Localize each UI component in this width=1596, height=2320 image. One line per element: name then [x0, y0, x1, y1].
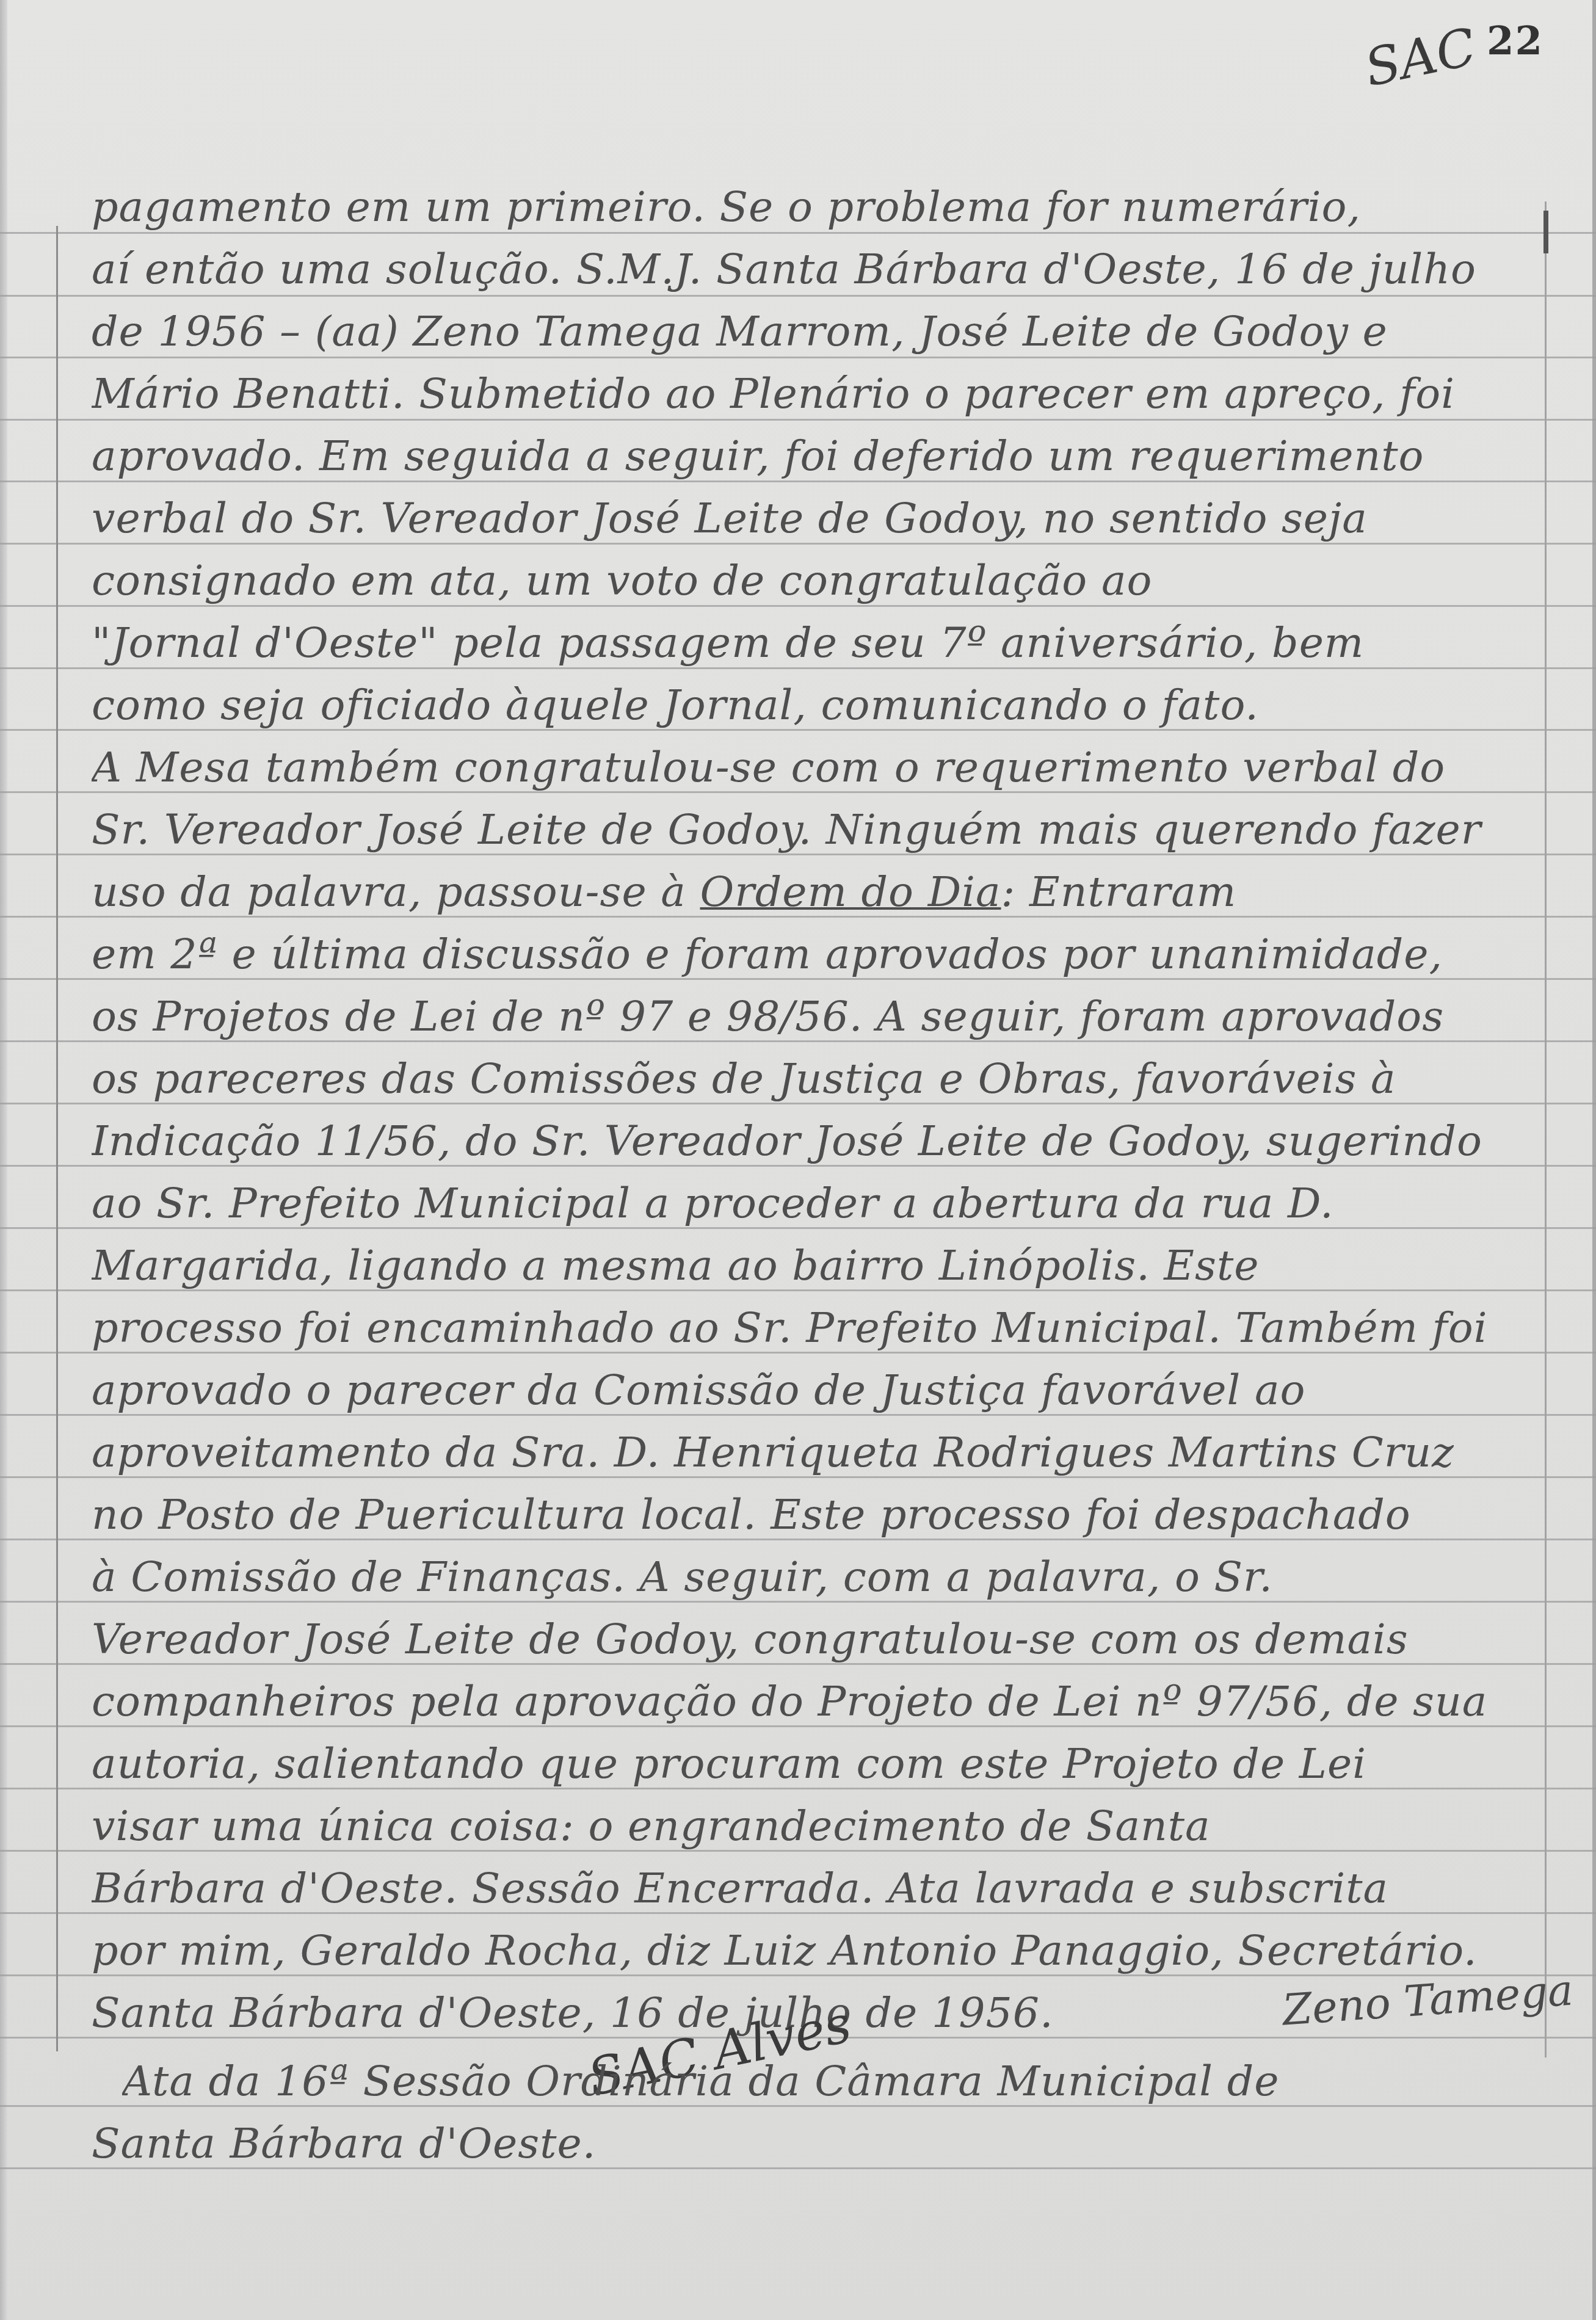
text-line: Indicação 11/56, do Sr. Vereador José Le… — [92, 1117, 1539, 1166]
text-line: como seja oficiado àquele Jornal, comuni… — [92, 681, 1539, 730]
text-line: uso da palavra, passou-se à Ordem do Dia… — [92, 868, 1539, 917]
text-line: ao Sr. Prefeito Municipal a proceder a a… — [92, 1180, 1539, 1228]
text-line: Sr. Vereador José Leite de Godoy. Ningué… — [92, 806, 1539, 855]
text-line: Mário Benatti. Submetido ao Plenário o p… — [92, 370, 1539, 419]
text-line: aprovado o parecer da Comissão de Justiç… — [92, 1366, 1539, 1415]
text-line: verbal do Sr. Vereador José Leite de God… — [92, 495, 1539, 543]
text-line: no Posto de Puericultura local. Este pro… — [92, 1491, 1539, 1540]
page-number: 22 — [1487, 18, 1543, 64]
ruled-line — [0, 232, 1596, 234]
document-page: 22 SAC pagamento em um primeiro. Se o pr… — [0, 0, 1596, 2320]
text-line: aproveitamento da Sra. D. Henriqueta Rod… — [92, 1429, 1539, 1477]
underlined-ordem-do-dia: Ordem do Dia — [700, 868, 1001, 916]
text-line: autoria, salientando que procuram com es… — [92, 1740, 1539, 1789]
left-margin-line — [56, 226, 58, 2051]
text-line: aí então uma solução. S.M.J. Santa Bárba… — [92, 245, 1539, 294]
right-margin-line — [1545, 201, 1547, 2057]
next-minutes-heading-line1: Ata da 16ª Sessão Ordinária da Câmara Mu… — [122, 2057, 1569, 2106]
text-line: em 2ª e última discussão e foram aprovad… — [92, 930, 1539, 979]
text-line: os pareceres das Comissões de Justiça e … — [92, 1055, 1539, 1104]
text-line: pagamento em um primeiro. Se o problema … — [92, 183, 1539, 232]
text-line: por mim, Geraldo Rocha, diz Luiz Antonio… — [92, 1927, 1539, 1976]
text-line: visar uma única coisa: o engrandecimento… — [92, 1802, 1539, 1851]
text-line: A Mesa também congratulou-se com o reque… — [92, 744, 1539, 792]
text-line: companheiros pela aprovação do Projeto d… — [92, 1678, 1539, 1727]
margin-tick-mark — [1543, 211, 1548, 253]
text-line: Bárbara d'Oeste. Sessão Encerrada. Ata l… — [92, 1865, 1539, 1913]
text-line: de 1956 – (aa) Zeno Tamega Marrom, José … — [92, 308, 1539, 357]
text-line: consignado em ata, um voto de congratula… — [92, 557, 1539, 606]
text-line: aprovado. Em seguida a seguir, foi defer… — [92, 432, 1539, 481]
ruled-line — [0, 295, 1596, 297]
next-minutes-heading-line2: Santa Bárbara d'Oeste. — [92, 2120, 1539, 2169]
text-line: Margarida, ligando a mesma ao bairro Lin… — [92, 1242, 1539, 1291]
text-line: processo foi encaminhado ao Sr. Prefeito… — [92, 1304, 1539, 1353]
text-line: Vereador José Leite de Godoy, congratulo… — [92, 1615, 1539, 1664]
text-line: à Comissão de Finanças. A seguir, com a … — [92, 1553, 1539, 1602]
text-line: os Projetos de Lei de nº 97 e 98/56. A s… — [92, 993, 1539, 1042]
initials-signature-top: SAC — [1360, 16, 1481, 98]
text-line: "Jornal d'Oeste" pela passagem de seu 7º… — [92, 619, 1539, 668]
page-edge — [1592, 0, 1596, 2320]
ruled-line — [0, 357, 1596, 358]
ruled-line — [0, 419, 1596, 421]
binding-edge — [0, 0, 7, 2320]
